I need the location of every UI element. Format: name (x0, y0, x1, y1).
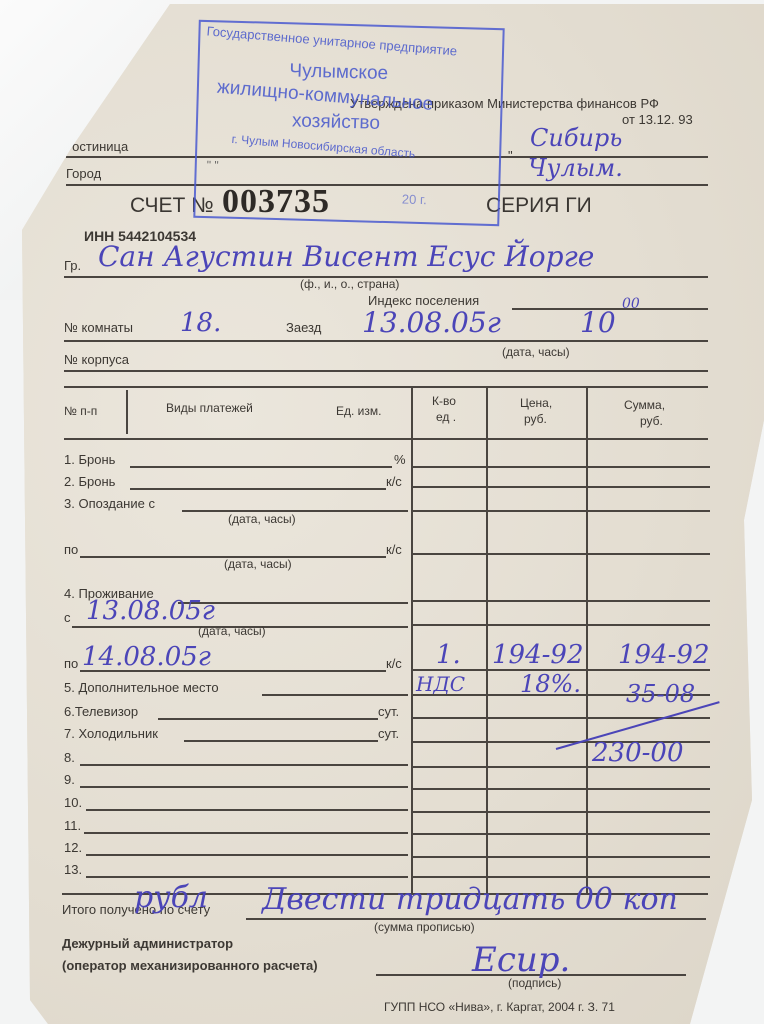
row-11-line (84, 832, 408, 834)
stamp: Государственное унитарное предприятие Чу… (193, 20, 504, 226)
guest-label: Гр. (64, 258, 81, 273)
row-2-line (130, 488, 386, 490)
col-divider-sum (586, 386, 588, 894)
grid-line (413, 553, 710, 555)
row-7-unit: сут. (378, 726, 399, 741)
row-3-label: 3. Опоздание с (64, 496, 155, 511)
invoice-paper: Утверждена приказом Министерства финансо… (0, 0, 764, 1024)
row-10-label: 10. (64, 795, 82, 810)
building-line (64, 370, 708, 372)
checkin-caption: (дата, часы) (502, 345, 570, 359)
vat-rate: 18%. (520, 670, 581, 698)
grid-line (413, 600, 710, 602)
row-2-unit: к/с (386, 474, 402, 489)
row-4-to-label: по (64, 656, 78, 671)
col-price-header-1: Цена, (520, 396, 552, 410)
col-num-header: № п-п (64, 404, 97, 418)
checkin-label: Заезд (286, 320, 321, 335)
row-3b-unit: к/с (386, 542, 402, 557)
room-value: 18. (180, 308, 221, 338)
guest-caption: (ф., и., о., страна) (300, 277, 399, 291)
row-11-label: 11. (64, 818, 81, 833)
stamp-date-quotes: " " (207, 158, 219, 172)
row-1-unit: % (394, 452, 406, 467)
row-10-line (86, 809, 408, 811)
row-4-to-line (80, 670, 386, 672)
col-qty-header-2: ед . (436, 410, 456, 424)
checkin-time-minutes: 00 (622, 296, 640, 312)
total-prefix-handwritten: рубл (134, 880, 208, 915)
row-5-line (262, 694, 408, 696)
row-12-line (86, 854, 408, 856)
row-13-line (86, 876, 408, 878)
col-divider-qty (411, 386, 413, 894)
row-6-label: 6.Телевизор (64, 704, 138, 719)
row-4-from-label: с (64, 610, 71, 625)
city-value: Чулым. (528, 154, 623, 182)
total-line (246, 918, 706, 920)
guest-name: Сан Агустин Висент Есус Йорге (98, 240, 594, 273)
total-caption: (сумма прописью) (374, 920, 475, 934)
city-label: Город (66, 166, 101, 181)
col-qty-header-1: К-во (432, 394, 456, 408)
stay-price: 194-92 (492, 640, 584, 670)
row-7-label: 7. Холодильник (64, 726, 158, 741)
stamp-line-2: Чулымское (289, 60, 388, 85)
row-9-line (80, 786, 408, 788)
invoice-series: СЕРИЯ ГИ (486, 194, 592, 218)
col-divider-num (126, 390, 128, 434)
admin-label-1: Дежурный администратор (62, 936, 233, 951)
checkin-date: 13.08.05г (362, 306, 501, 339)
col-type-header: Виды платежей (166, 401, 253, 415)
grid-line (413, 811, 710, 813)
building-label: № корпуса (64, 352, 129, 367)
row-6-unit: сут. (378, 704, 399, 719)
row-8-label: 8. (64, 750, 75, 765)
stay-from-date: 13.08.05г (86, 596, 215, 626)
room-line (64, 340, 708, 342)
printer-info: ГУПП НСО «Нива», г. Каргат, 2004 г. З. 7… (384, 1000, 615, 1014)
col-sum-header-1: Сумма, (624, 398, 665, 412)
stamp-line-4: хозяйство (292, 110, 380, 134)
row-3-caption: (дата, часы) (228, 512, 296, 526)
grid-line (413, 876, 710, 878)
signature-caption: (подпись) (508, 976, 561, 990)
row-5-label: 5. Дополнительное место (64, 680, 219, 695)
table-top-line (64, 386, 708, 388)
row-4-to-unit: к/с (386, 656, 402, 671)
vat-label: НДС (416, 672, 465, 696)
grid-line (413, 833, 710, 835)
stamp-date-year: 20 г. (402, 192, 427, 208)
row-2-label: 2. Бронь (64, 474, 115, 489)
row-6-line (158, 718, 378, 720)
total-sum: 230-00 (592, 738, 684, 768)
room-label: № комнаты (64, 320, 133, 335)
grid-line (413, 486, 710, 488)
col-unit-header: Ед. изм. (336, 404, 381, 418)
grid-line (413, 466, 710, 468)
row-1-line (130, 466, 392, 468)
row-9-label: 9. (64, 772, 75, 787)
stay-sum: 194-92 (618, 640, 710, 670)
total-in-words: Двести тридцать 00 коп (262, 882, 678, 917)
approval-line-2: от 13.12. 93 (622, 112, 693, 127)
table-header-line (64, 438, 708, 440)
row-7-line (184, 740, 378, 742)
row-13-label: 13. (64, 862, 82, 877)
admin-label-2: (оператор механизированного расчета) (62, 958, 318, 973)
signature: Есир. (472, 940, 570, 980)
stay-qty: 1. (436, 640, 461, 670)
row-12-label: 12. (64, 840, 82, 855)
row-1-label: 1. Бронь (64, 452, 115, 467)
stay-to-date: 14.08.05г (82, 642, 211, 672)
row-3b-label: по (64, 542, 78, 557)
grid-line (413, 624, 710, 626)
col-divider-price (486, 386, 488, 894)
stamp-line-5: г. Чулым Новосибирская область (231, 132, 416, 161)
col-sum-header-2: руб. (640, 414, 663, 428)
grid-line (413, 510, 710, 512)
row-8-line (80, 764, 408, 766)
hotel-value: Сибирь (530, 124, 622, 152)
checkin-time: 10 (580, 306, 616, 339)
grid-line (413, 856, 710, 858)
col-price-header-2: руб. (524, 412, 547, 426)
grid-line (413, 788, 710, 790)
row-4-from-caption: (дата, часы) (198, 624, 266, 638)
hotel-quote: " (508, 148, 513, 163)
vat-amount: 35-08 (626, 680, 695, 708)
row-3b-caption: (дата, часы) (224, 557, 292, 571)
stamp-line-1: Государственное унитарное предприятие (206, 23, 458, 58)
